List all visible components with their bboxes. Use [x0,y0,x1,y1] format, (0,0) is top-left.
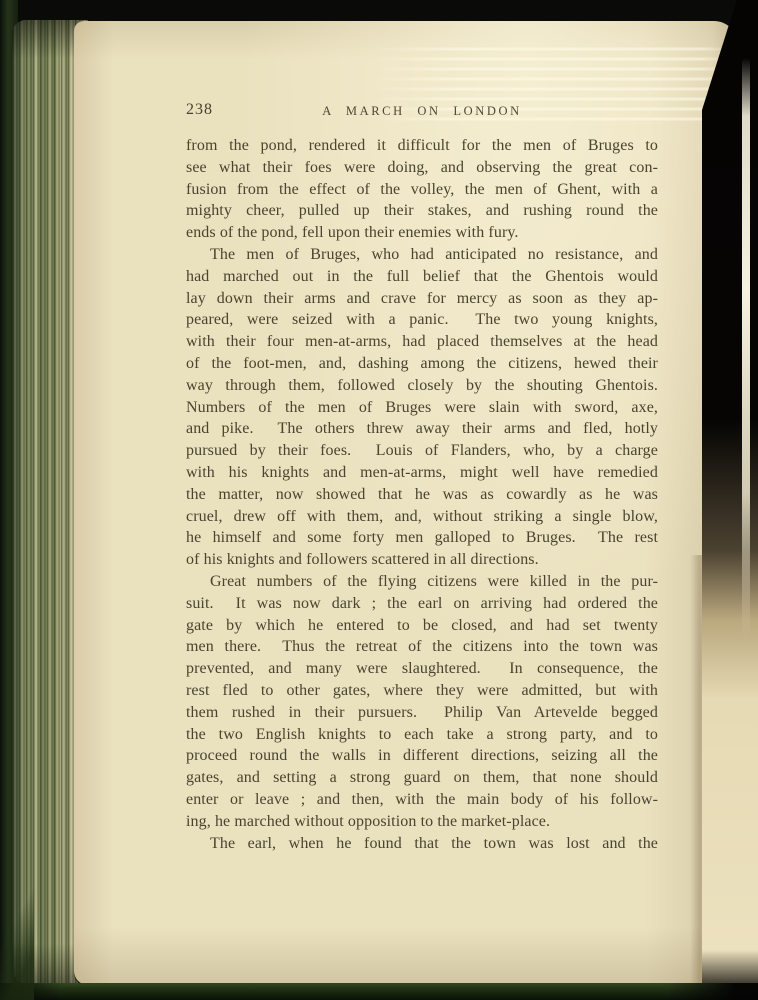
text-line: Great numbers of the flying citizens wer… [186,571,658,593]
text-line: and pike. The others threw away their ar… [186,418,658,440]
text-line: cruel, drew off with them, and, without … [186,506,658,528]
text-line: lay down their arms and crave for mercy … [186,288,658,310]
text-line: of the foot-men, and, dashing among the … [186,353,658,375]
facing-page-fore-edge-highlight [742,58,750,638]
text-line: from the pond, rendered it difficult for… [186,135,658,157]
text-line: gates, and setting a strong guard on the… [186,767,658,789]
text-line: gate by which he entered to be closed, a… [186,615,658,637]
text-line: suit. It was now dark ; the earl on arri… [186,593,658,615]
text-line: with their four men-at-arms, had placed … [186,331,658,353]
text-line: with his knights and men-at-arms, might … [186,462,658,484]
text-line: prevented, and many were slaughtered. In… [186,658,658,680]
text-line: ing, he marched without opposition to th… [186,811,658,833]
text-line: mighty cheer, pulled up their stakes, an… [186,200,658,222]
text-line: see what their foes were doing, and obse… [186,157,658,179]
text-block: from the pond, rendered it difficult for… [186,135,658,854]
book-page: 238 A MARCH ON LONDON from the pond, ren… [74,21,738,985]
text-line: fusion from the effect of the volley, th… [186,179,658,201]
text-line: The earl, when he found that the town wa… [186,833,658,855]
text-line: the two English knights to each take a s… [186,724,658,746]
running-title: A MARCH ON LONDON [186,104,658,119]
text-line: proceed round the walls in different dir… [186,745,658,767]
text-line: he himself and some forty men galloped t… [186,527,658,549]
text-line: peared, were seized with a panic. The tw… [186,309,658,331]
text-line: of his knights and followers scattered i… [186,549,658,571]
text-line: them rushed in their pursuers. Philip Va… [186,702,658,724]
facing-page-gutter [702,0,758,1000]
text-line: the matter, now showed that he was as co… [186,484,658,506]
text-line: pursued by their foes. Louis of Flanders… [186,440,658,462]
book-scan: 238 A MARCH ON LONDON from the pond, ren… [0,0,758,1000]
book-cover-corner [0,870,34,1000]
text-line: rest fled to other gates, where they wer… [186,680,658,702]
text-line: had marched out in the full belief that … [186,266,658,288]
text-line: enter or leave ; and then, with the main… [186,789,658,811]
book-cover-bottom-edge [0,983,758,1000]
text-line: Numbers of the men of Bruges were slain … [186,397,658,419]
text-line: way through them, followed closely by th… [186,375,658,397]
text-line: men there. Thus the retreat of the citiz… [186,636,658,658]
page-header: 238 A MARCH ON LONDON [186,101,658,125]
text-line: ends of the pond, fell upon their enemie… [186,222,658,244]
text-line: The men of Bruges, who had anticipated n… [186,244,658,266]
